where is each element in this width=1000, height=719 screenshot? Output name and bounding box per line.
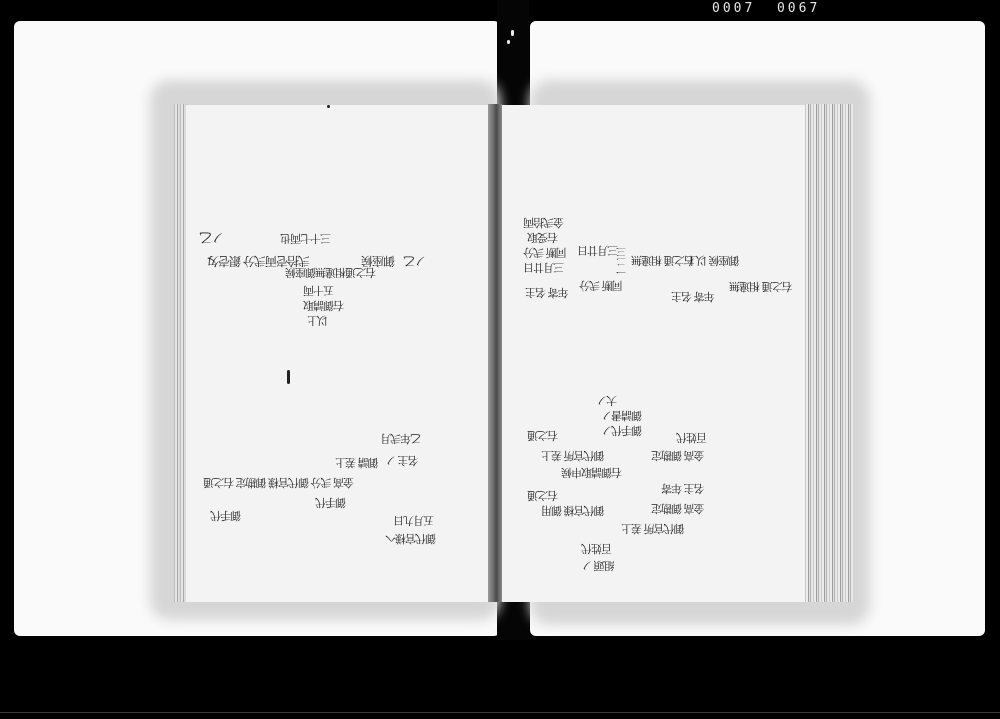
handwriting-line-left-lower: 乙年弐月 xyxy=(381,433,421,444)
handwriting-line-right-lower: 御代官所 差上 xyxy=(542,450,605,461)
handwriting-line-left: 右御請取 xyxy=(304,300,344,311)
handwriting-line-left-lower: 金高 弐分 御代官様 御勘定 右之通 xyxy=(204,477,354,488)
handwriting-line-right: 三月廿日 xyxy=(524,262,564,273)
handwriting-line-right: 年寄 名主 xyxy=(672,291,715,302)
ink-dot xyxy=(327,105,330,108)
handwriting-line-right: 右之通 相違無 xyxy=(730,281,793,292)
handwriting-line-right: 右受取 xyxy=(528,232,558,243)
handwriting-line-right: 年寄 名主 xyxy=(526,287,569,298)
handwriting-line: ノ乙 xyxy=(200,230,224,243)
handwriting-line-left: 御座候 xyxy=(362,255,395,267)
film-bottom-band xyxy=(0,640,1000,719)
handwriting-line-left: 五十両 xyxy=(304,285,334,296)
handwriting-line-left: 以上 xyxy=(308,315,328,326)
handwriting-line-right-lower: 右御請取申候 xyxy=(562,467,622,478)
handwriting-column-numbers: 一 二 三 xyxy=(616,245,626,275)
handwriting-line-left: 三十七両也 xyxy=(281,233,331,244)
handwriting-line-right-lower: 御請書ノ xyxy=(602,410,642,421)
handwriting-line-left: ノ乙 xyxy=(404,255,426,267)
handwriting-line-right-lower: 御代官様 御用 xyxy=(542,505,605,516)
handwriting-line-right-lower: 百姓代 xyxy=(677,432,707,443)
handwriting-line-left-lower: 御代官様へ xyxy=(386,533,436,544)
film-dust-spot xyxy=(507,40,510,44)
book-spine xyxy=(488,104,502,602)
handwriting-line-left-lower: 御請 差上 xyxy=(336,457,379,468)
handwriting-line-right-lower: 大ノ xyxy=(597,395,617,406)
right-page: 金弐拾両 右受取 同断 弐分 三月廿日 年寄 名主 三月廿日 同断 弐分 一 二… xyxy=(502,105,805,602)
handwriting-line-right: 同断 弐分 xyxy=(524,247,567,258)
handwriting-line-right-lower: 組頭 ノ xyxy=(582,560,615,571)
handwriting-line-right-lower: 金高 御勘定 xyxy=(652,450,705,461)
handwriting-line-left-lower: 名主 ノ xyxy=(386,455,419,466)
handwriting-line-right: 右之通 相違無 xyxy=(632,255,695,266)
handwriting-line-left-lower: 五月九日 xyxy=(394,515,434,526)
handwriting-line-right: 同断 弐分 xyxy=(580,280,623,291)
handwriting-line-right-lower: 御手代ノ xyxy=(602,425,642,436)
handwriting-line-right: 御座候 以上 xyxy=(687,255,740,266)
handwriting-line-right-lower: 右之通 xyxy=(528,490,558,501)
handwriting-line-right-lower: 百姓代 xyxy=(582,543,612,554)
handwriting-line-left-lower: 御手代 xyxy=(316,497,346,508)
film-dust-spot xyxy=(511,30,514,36)
ink-mark xyxy=(287,370,290,384)
film-scan-line xyxy=(0,712,1000,713)
handwriting-line-right-lower: 御代官所 差上 xyxy=(622,523,685,534)
handwriting-line-right: 三月廿日 xyxy=(578,245,618,256)
handwriting-line-right-lower: 右之通 xyxy=(528,430,558,441)
page-stack-edge-right xyxy=(805,104,853,602)
handwriting-line-left-lower: 御手代 xyxy=(211,510,241,521)
handwriting-line-right-lower: 名主 年寄 xyxy=(662,483,705,494)
left-page: ノ乙 弐拾壱両弐分 銀壱匁 三十七両也 右之通相違無御座候 五十両 右御請取 以… xyxy=(186,105,488,602)
microfilm-frame-counter: 0007 0067 xyxy=(712,1,820,16)
handwriting-line-right: 金弐拾両 xyxy=(524,217,564,228)
handwriting-line-right-lower: 金高 御勘定 xyxy=(652,503,705,514)
handwriting-line-left: 右之通相違無御座候 xyxy=(286,267,376,278)
handwriting-block-upper-left: ノ乙 xyxy=(200,230,224,243)
